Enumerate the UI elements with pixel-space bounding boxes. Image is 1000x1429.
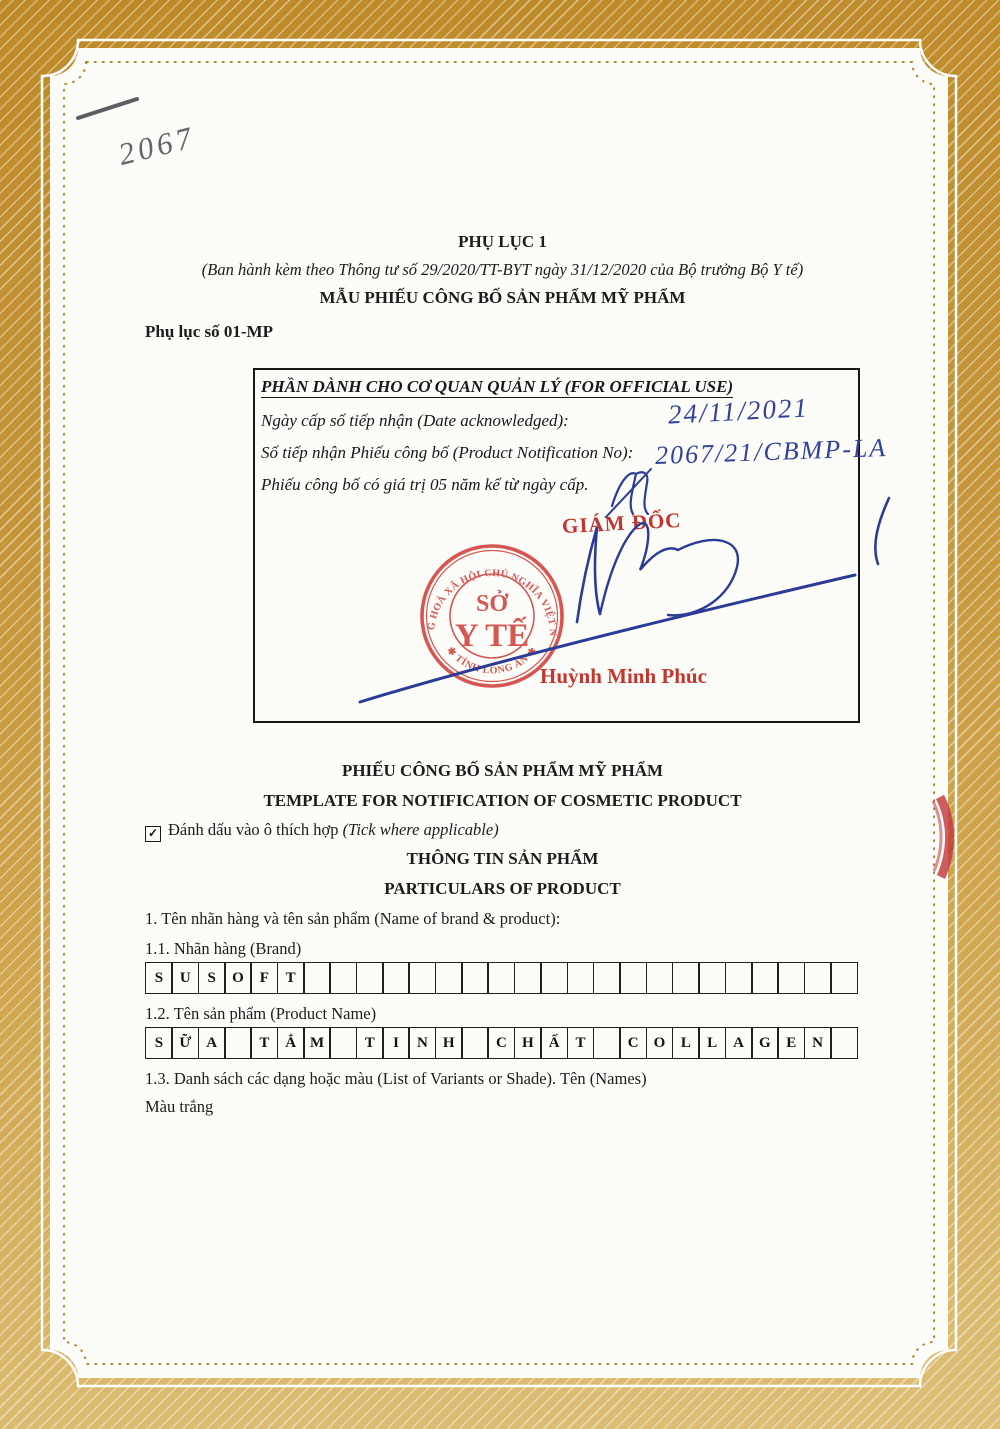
notification-no-label: Số tiếp nhận Phiếu công bố (Product Noti…: [261, 443, 633, 463]
grid-cell: [751, 962, 779, 994]
grid-cell: Ữ: [171, 1027, 199, 1059]
grid-cell: [619, 962, 647, 994]
notification-title-en: TEMPLATE FOR NOTIFICATION OF COSMETIC PR…: [145, 790, 860, 812]
grid-cell: [593, 1027, 621, 1059]
section-title-vi: THÔNG TIN SẢN PHẨM: [145, 848, 860, 870]
grid-cell: [329, 1027, 357, 1059]
grid-cell: C: [619, 1027, 647, 1059]
gold-certificate-frame: 2067 PHỤ LỤC 1 (Ban hành kèm theo Thông …: [0, 0, 1000, 1429]
section-title-en: PARTICULARS OF PRODUCT: [145, 878, 860, 900]
stamp-center-line1: SỞ: [476, 591, 509, 617]
grid-cell: [514, 962, 542, 994]
grid-cell: [777, 962, 805, 994]
grid-cell: Ấ: [540, 1027, 568, 1059]
grid-cell: [435, 962, 463, 994]
so-y-te-stamp: CỘNG HOÀ XÃ HỘI CHỦ NGHĨA VIỆT NAM ✱ TỈN…: [382, 506, 602, 726]
grid-cell: E: [777, 1027, 805, 1059]
grid-cell: [382, 962, 410, 994]
item1-3-label: 1.3. Danh sách các dạng hoặc màu (List o…: [145, 1068, 647, 1090]
grid-cell: L: [698, 1027, 726, 1059]
tick-note-vi: Đánh dấu vào ô thích hợp: [168, 820, 343, 839]
stamp-center-line2: Y TẾ: [455, 615, 529, 654]
appendix-number: Phụ lục số 01-MP: [145, 321, 273, 343]
grid-cell: O: [224, 962, 252, 994]
grid-cell: T: [277, 962, 305, 994]
issued-line: (Ban hành kèm theo Thông tư số 29/2020/T…: [145, 259, 860, 281]
grid-cell: [672, 962, 700, 994]
brand-letter-grid: SUSOFT: [145, 962, 858, 994]
grid-cell: T: [356, 1027, 384, 1059]
grid-cell: F: [250, 962, 278, 994]
grid-cell: L: [672, 1027, 700, 1059]
product-name-letter-grid: SỮATẮMTINHCHẤTCOLLAGEN: [145, 1027, 858, 1059]
variant-value: Màu trắng: [145, 1096, 213, 1118]
grid-cell: C: [487, 1027, 515, 1059]
form-title: MẪU PHIẾU CÔNG BỐ SẢN PHẨM MỸ PHẨM: [145, 287, 860, 309]
grid-cell: I: [382, 1027, 410, 1059]
grid-cell: [356, 962, 384, 994]
grid-cell: [303, 962, 331, 994]
grid-cell: A: [198, 1027, 226, 1059]
validity-note: Phiếu công bố có giá trị 05 năm kể từ ng…: [261, 475, 588, 495]
grid-cell: M: [303, 1027, 331, 1059]
grid-cell: [461, 962, 489, 994]
grid-cell: [646, 962, 674, 994]
grid-cell: A: [725, 1027, 753, 1059]
grid-cell: S: [145, 962, 173, 994]
grid-cell: O: [646, 1027, 674, 1059]
grid-cell: [593, 962, 621, 994]
grid-cell: [540, 962, 568, 994]
checked-checkbox-icon: ✓: [145, 826, 161, 842]
date-acknowledged-label: Ngày cấp số tiếp nhận (Date acknowledged…: [261, 411, 569, 431]
official-box-title: PHẦN DÀNH CHO CƠ QUAN QUẢN LÝ (FOR OFFIC…: [261, 377, 733, 397]
grid-cell: [725, 962, 753, 994]
grid-cell: [804, 962, 832, 994]
grid-cell: N: [804, 1027, 832, 1059]
notification-title-vi: PHIẾU CÔNG BỐ SẢN PHẨM MỸ PHẨM: [145, 760, 860, 782]
grid-cell: H: [435, 1027, 463, 1059]
grid-cell: Ắ: [277, 1027, 305, 1059]
grid-cell: G: [751, 1027, 779, 1059]
item1-2-label: 1.2. Tên sản phẩm (Product Name): [145, 1003, 376, 1025]
grid-cell: T: [567, 1027, 595, 1059]
grid-cell: S: [198, 962, 226, 994]
item1-label: 1. Tên nhãn hàng và tên sản phẩm (Name o…: [145, 908, 560, 930]
grid-cell: [487, 962, 515, 994]
grid-cell: [830, 1027, 858, 1059]
grid-cell: H: [514, 1027, 542, 1059]
grid-cell: [567, 962, 595, 994]
item1-1-label: 1.1. Nhãn hàng (Brand): [145, 938, 301, 960]
tick-note-en: (Tick where applicable): [343, 820, 499, 839]
grid-cell: [830, 962, 858, 994]
tick-note: ✓Đánh dấu vào ô thích hợp (Tick where ap…: [145, 819, 499, 842]
grid-cell: [408, 962, 436, 994]
grid-cell: [698, 962, 726, 994]
appendix-title: PHỤ LỤC 1: [145, 231, 860, 253]
grid-cell: U: [171, 962, 199, 994]
grid-cell: [461, 1027, 489, 1059]
grid-cell: [224, 1027, 252, 1059]
grid-cell: [329, 962, 357, 994]
grid-cell: S: [145, 1027, 173, 1059]
grid-cell: T: [250, 1027, 278, 1059]
grid-cell: N: [408, 1027, 436, 1059]
